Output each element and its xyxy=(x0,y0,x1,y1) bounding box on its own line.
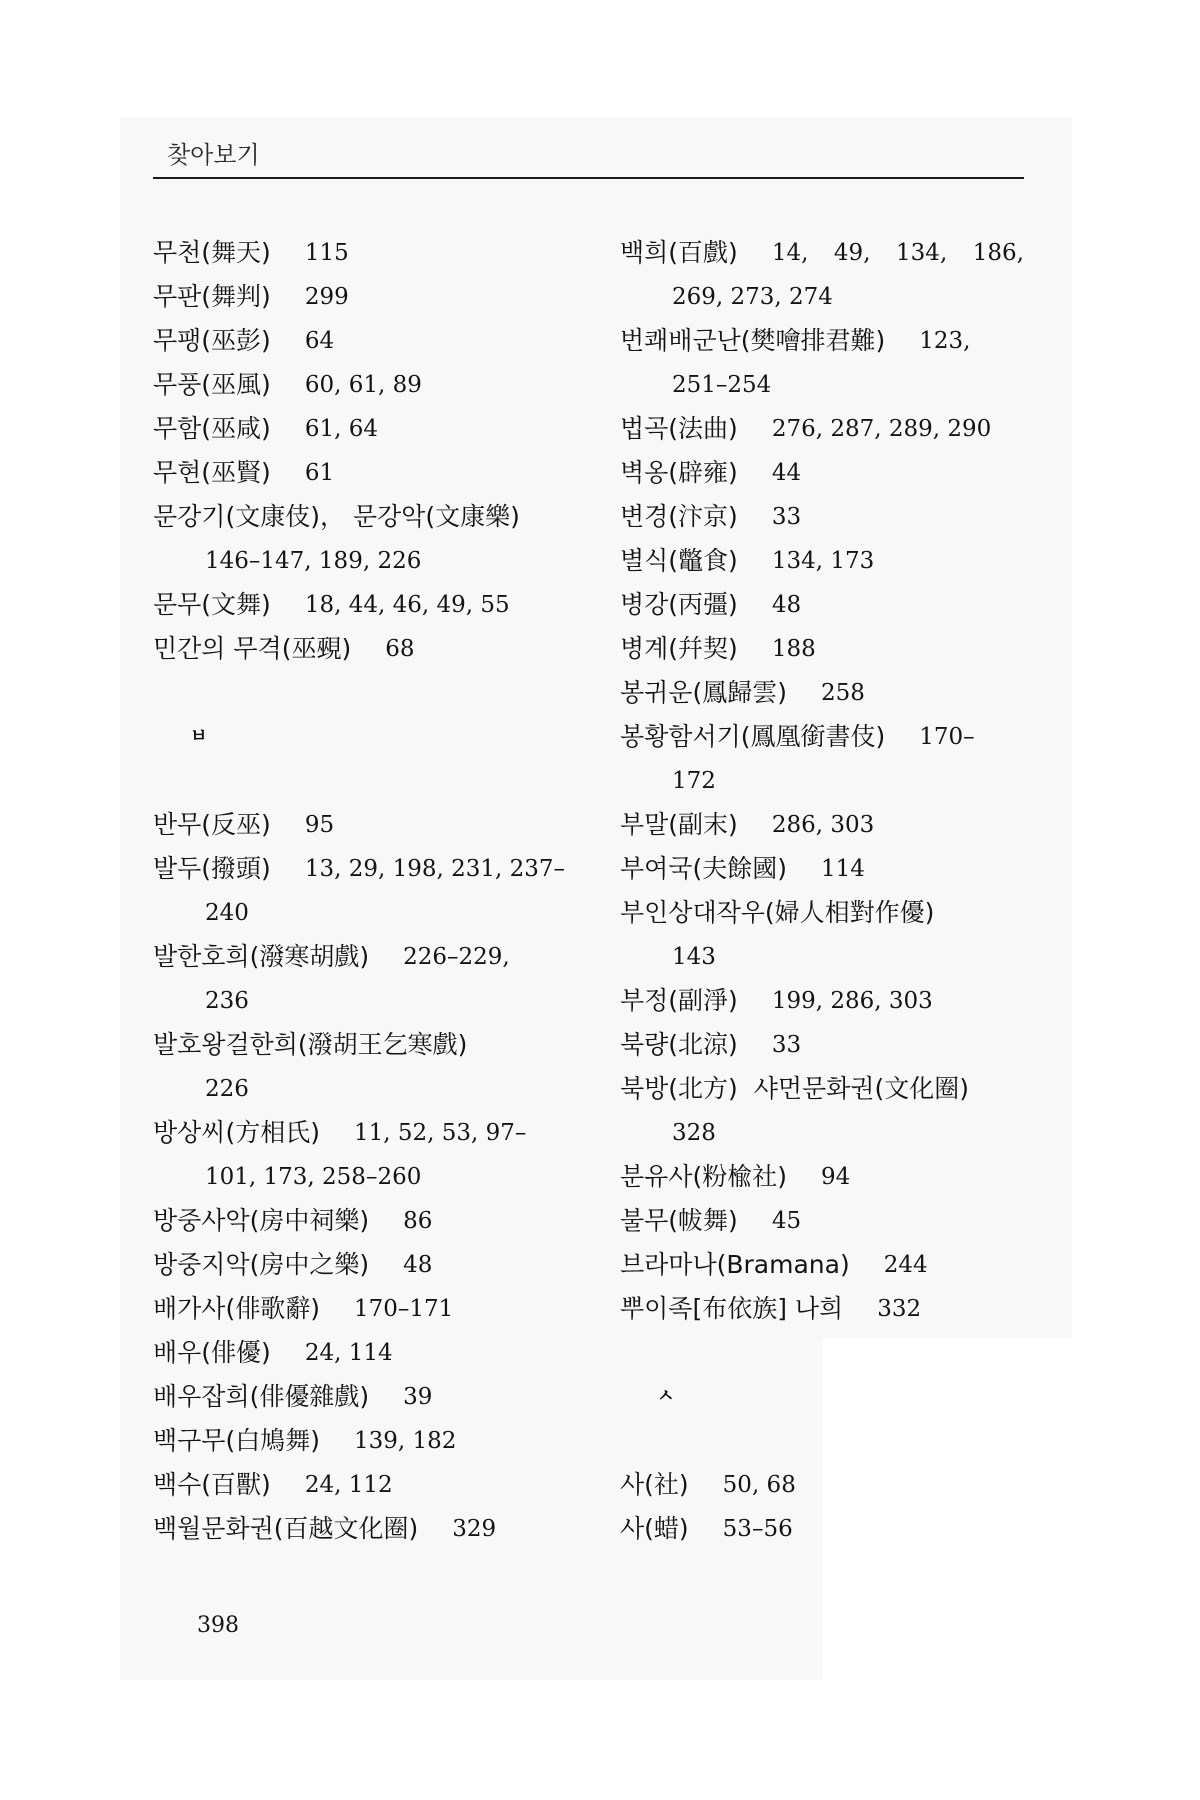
entry-pages: 276, 287, 289, 290 xyxy=(772,407,991,451)
entry-term: 무천(舞天) xyxy=(153,231,271,275)
index-entry: 민간의 무격(巫覡)68 xyxy=(153,627,563,671)
entry-term: 백월문화권(百越文化圈) xyxy=(153,1507,418,1551)
entry-pages: 329 xyxy=(452,1507,496,1551)
index-entry: 배가사(俳歌辭)170–171 xyxy=(153,1287,563,1331)
index-entry: 별식(鼈食)134, 173 xyxy=(620,539,1024,583)
index-entry: 백희(百戲)14, 49, 134, 186, xyxy=(620,231,1024,275)
entry-term: 북량(北涼) xyxy=(620,1023,738,1067)
entry-term: 무판(舞判) xyxy=(153,275,271,319)
index-entry: 변경(汴京)33 xyxy=(620,495,1024,539)
entry-pages: 53–56 xyxy=(723,1507,793,1551)
entry-pages: 199, 286, 303 xyxy=(772,979,933,1023)
entry-term: 부인상대작우(婦人相對作優) xyxy=(620,891,934,935)
entry-pages: 18, 44, 46, 49, 55 xyxy=(305,583,510,627)
entry-pages: 60, 61, 89 xyxy=(305,363,422,407)
entry-pages: 251–254 xyxy=(672,363,771,407)
entry-pages: 24, 112 xyxy=(305,1463,393,1507)
entry-term: 사(社) xyxy=(620,1463,689,1507)
blank-line xyxy=(620,1331,1024,1375)
index-entry: 무팽(巫彭)64 xyxy=(153,319,563,363)
entry-pages: 68 xyxy=(385,627,414,671)
entry-pages: 328 xyxy=(672,1111,716,1155)
entry-term: 무현(巫賢) xyxy=(153,451,271,495)
entry-term: 배우(俳優) xyxy=(153,1331,271,1375)
entry-term: 방중사악(房中祠樂) xyxy=(153,1199,369,1243)
entry-pages: 146–147, 189, 226 xyxy=(205,539,421,583)
index-entry: 번쾌배군난(樊噲排君難)123, xyxy=(620,319,1024,363)
entry-term: 부말(副末) xyxy=(620,803,738,847)
entry-pages: 172 xyxy=(672,759,716,803)
index-entry-continuation: 328 xyxy=(620,1111,1024,1155)
section-letter: ㅅ xyxy=(657,1375,674,1419)
entry-pages: 269, 273, 274 xyxy=(672,275,833,319)
index-entry-continuation: 251–254 xyxy=(620,363,1024,407)
index-entry-continuation: 143 xyxy=(620,935,1024,979)
entry-pages: 48 xyxy=(403,1243,432,1287)
entry-term: 번쾌배군난(樊噲排君難) xyxy=(620,319,885,363)
page-number: 398 xyxy=(197,1611,239,1641)
entry-term: 부여국(夫餘國) xyxy=(620,847,787,891)
entry-term: 별식(鼈食) xyxy=(620,539,738,583)
index-entry: 방중사악(房中祠樂)86 xyxy=(153,1199,563,1243)
entry-term: 백수(百獸) xyxy=(153,1463,271,1507)
blank-line xyxy=(153,671,563,715)
index-entry: 무함(巫咸)61, 64 xyxy=(153,407,563,451)
index-column-left: 무천(舞天)115 무판(舞判)299 무팽(巫彭)64 무풍(巫風)60, 6… xyxy=(153,231,563,1551)
entry-pages: 114 xyxy=(821,847,865,891)
entry-pages: 14, 49, 134, 186, xyxy=(772,231,1024,275)
entry-term: 분유사(粉楡社) xyxy=(620,1155,787,1199)
section-letter: ㅂ xyxy=(190,715,207,759)
entry-pages: 170– xyxy=(919,715,974,759)
entry-term: 문무(文舞) xyxy=(153,583,271,627)
index-entry: 백월문화권(百越文化圈)329 xyxy=(153,1507,563,1551)
entry-pages: 39 xyxy=(403,1375,432,1419)
index-entry: 무현(巫賢)61 xyxy=(153,451,563,495)
entry-term: 무팽(巫彭) xyxy=(153,319,271,363)
section-heading: ㅂ xyxy=(153,715,563,759)
index-entry: 발한호희(潑寒胡戲)226–229, xyxy=(153,935,563,979)
index-entry: 무천(舞天)115 xyxy=(153,231,563,275)
entry-term: 벽옹(辟雍) xyxy=(620,451,738,495)
header-rule xyxy=(153,177,1024,179)
entry-term: 부정(副淨) xyxy=(620,979,738,1023)
entry-pages: 188 xyxy=(772,627,816,671)
entry-pages: 86 xyxy=(403,1199,432,1243)
entry-pages: 115 xyxy=(305,231,349,275)
entry-pages: 64 xyxy=(305,319,334,363)
index-entry: 문무(文舞)18, 44, 46, 49, 55 xyxy=(153,583,563,627)
index-entry: 북량(北涼)33 xyxy=(620,1023,1024,1067)
entry-pages: 11, 52, 53, 97– xyxy=(354,1111,526,1155)
index-entry: 병강(丙彊)48 xyxy=(620,583,1024,627)
index-entry: 뿌이족[布依族] 나희332 xyxy=(620,1287,1024,1331)
entry-pages: 258 xyxy=(821,671,865,715)
entry-term: 뿌이족[布依族] 나희 xyxy=(620,1287,843,1331)
index-entry: 부말(副末)286, 303 xyxy=(620,803,1024,847)
blank-line xyxy=(153,759,563,803)
index-entry: 부정(副淨)199, 286, 303 xyxy=(620,979,1024,1023)
index-entry: 배우(俳優)24, 114 xyxy=(153,1331,563,1375)
index-entry: 부여국(夫餘國)114 xyxy=(620,847,1024,891)
entry-term: 배가사(俳歌辭) xyxy=(153,1287,320,1331)
entry-pages: 61 xyxy=(305,451,334,495)
entry-term: 불무(帗舞) xyxy=(620,1199,738,1243)
entry-pages: 134, 173 xyxy=(772,539,874,583)
index-entry: 사(社)50, 68 xyxy=(620,1463,1024,1507)
entry-pages: 240 xyxy=(205,891,249,935)
index-entry: 무판(舞判)299 xyxy=(153,275,563,319)
entry-term: 방중지악(房中之樂) xyxy=(153,1243,369,1287)
entry-pages: 170–171 xyxy=(354,1287,453,1331)
index-entry: 법곡(法曲)276, 287, 289, 290 xyxy=(620,407,1024,451)
index-column-right: 백희(百戲)14, 49, 134, 186, 269, 273, 274 번쾌… xyxy=(620,231,1024,1551)
entry-term: 배우잡희(俳優雜戲) xyxy=(153,1375,369,1419)
entry-term: 봉황함서기(鳳凰銜書伎) xyxy=(620,715,885,759)
entry-term: 북방(北方) 샤먼문화권(文化圈) xyxy=(620,1067,969,1111)
entry-term: 민간의 무격(巫覡) xyxy=(153,627,351,671)
entry-term: 무함(巫咸) xyxy=(153,407,271,451)
entry-pages: 61, 64 xyxy=(305,407,378,451)
entry-term: 변경(汴京) xyxy=(620,495,738,539)
index-entry: 백구무(白鳩舞)139, 182 xyxy=(153,1419,563,1463)
index-entry: 부인상대작우(婦人相對作優) xyxy=(620,891,1024,935)
entry-pages: 94 xyxy=(821,1155,850,1199)
index-entry-continuation: 240 xyxy=(153,891,563,935)
entry-pages: 226–229, xyxy=(403,935,510,979)
index-entry-continuation: 146–147, 189, 226 xyxy=(153,539,563,583)
entry-pages: 95 xyxy=(305,803,334,847)
index-entry: 문강기(文康伎)， 문강악(文康樂) xyxy=(153,495,563,539)
entry-pages: 332 xyxy=(877,1287,921,1331)
entry-pages: 50, 68 xyxy=(723,1463,796,1507)
index-entry: 벽옹(辟雍)44 xyxy=(620,451,1024,495)
entry-pages: 299 xyxy=(305,275,349,319)
entry-pages: 123, xyxy=(919,319,970,363)
entry-pages: 286, 303 xyxy=(772,803,874,847)
index-entry: 병계(幷契)188 xyxy=(620,627,1024,671)
index-entry: 발호왕걸한희(潑胡王乞寒戲) xyxy=(153,1023,563,1067)
index-entry: 발두(撥頭)13, 29, 198, 231, 237– xyxy=(153,847,563,891)
entry-pages: 44 xyxy=(772,451,801,495)
index-entry-continuation: 101, 173, 258–260 xyxy=(153,1155,563,1199)
entry-term: 발호왕걸한희(潑胡王乞寒戲) xyxy=(153,1023,467,1067)
entry-term: 병강(丙彊) xyxy=(620,583,738,627)
entry-term: 봉귀운(鳳歸雲) xyxy=(620,671,787,715)
entry-pages: 236 xyxy=(205,979,249,1023)
entry-term: 발두(撥頭) xyxy=(153,847,271,891)
index-entry: 방상씨(方相氏)11, 52, 53, 97– xyxy=(153,1111,563,1155)
entry-pages: 13, 29, 198, 231, 237– xyxy=(305,847,565,891)
index-entry: 봉귀운(鳳歸雲)258 xyxy=(620,671,1024,715)
index-entry: 반무(反巫)95 xyxy=(153,803,563,847)
index-entry: 봉황함서기(鳳凰銜書伎)170– xyxy=(620,715,1024,759)
entry-term: 사(蜡) xyxy=(620,1507,689,1551)
index-entry: 불무(帗舞)45 xyxy=(620,1199,1024,1243)
entry-pages: 45 xyxy=(772,1199,801,1243)
entry-term: 병계(幷契) xyxy=(620,627,738,671)
entry-term: 백구무(白鳩舞) xyxy=(153,1419,320,1463)
blank-line xyxy=(620,1419,1024,1463)
index-entry: 배우잡희(俳優雜戲)39 xyxy=(153,1375,563,1419)
entry-pages: 33 xyxy=(772,495,801,539)
index-entry: 방중지악(房中之樂)48 xyxy=(153,1243,563,1287)
entry-pages: 139, 182 xyxy=(354,1419,456,1463)
entry-term: 백희(百戲) xyxy=(620,231,738,275)
index-entry-continuation: 236 xyxy=(153,979,563,1023)
entry-pages: 24, 114 xyxy=(305,1331,393,1375)
index-entry-continuation: 226 xyxy=(153,1067,563,1111)
entry-pages: 226 xyxy=(205,1067,249,1111)
index-entry: 분유사(粉楡社)94 xyxy=(620,1155,1024,1199)
entry-term: 문강기(文康伎)， 문강악(文康樂) xyxy=(153,495,520,539)
index-entry: 브라마나(Bramana)244 xyxy=(620,1243,1024,1287)
index-entry-continuation: 172 xyxy=(620,759,1024,803)
index-entry: 북방(北方) 샤먼문화권(文化圈) xyxy=(620,1067,1024,1111)
entry-term: 브라마나(Bramana) xyxy=(620,1243,850,1287)
index-entry-continuation: 269, 273, 274 xyxy=(620,275,1024,319)
entry-term: 발한호희(潑寒胡戲) xyxy=(153,935,369,979)
entry-term: 무풍(巫風) xyxy=(153,363,271,407)
entry-pages: 48 xyxy=(772,583,801,627)
entry-pages: 101, 173, 258–260 xyxy=(205,1155,421,1199)
index-entry: 사(蜡)53–56 xyxy=(620,1507,1024,1551)
entry-pages: 33 xyxy=(772,1023,801,1067)
entry-term: 반무(反巫) xyxy=(153,803,271,847)
entry-pages: 244 xyxy=(884,1243,928,1287)
index-entry: 백수(百獸)24, 112 xyxy=(153,1463,563,1507)
entry-term: 방상씨(方相氏) xyxy=(153,1111,320,1155)
section-heading: ㅅ xyxy=(620,1375,1024,1419)
entry-pages: 143 xyxy=(672,935,716,979)
index-entry: 무풍(巫風)60, 61, 89 xyxy=(153,363,563,407)
entry-term: 법곡(法曲) xyxy=(620,407,738,451)
running-head: 찾아보기 xyxy=(167,138,260,172)
